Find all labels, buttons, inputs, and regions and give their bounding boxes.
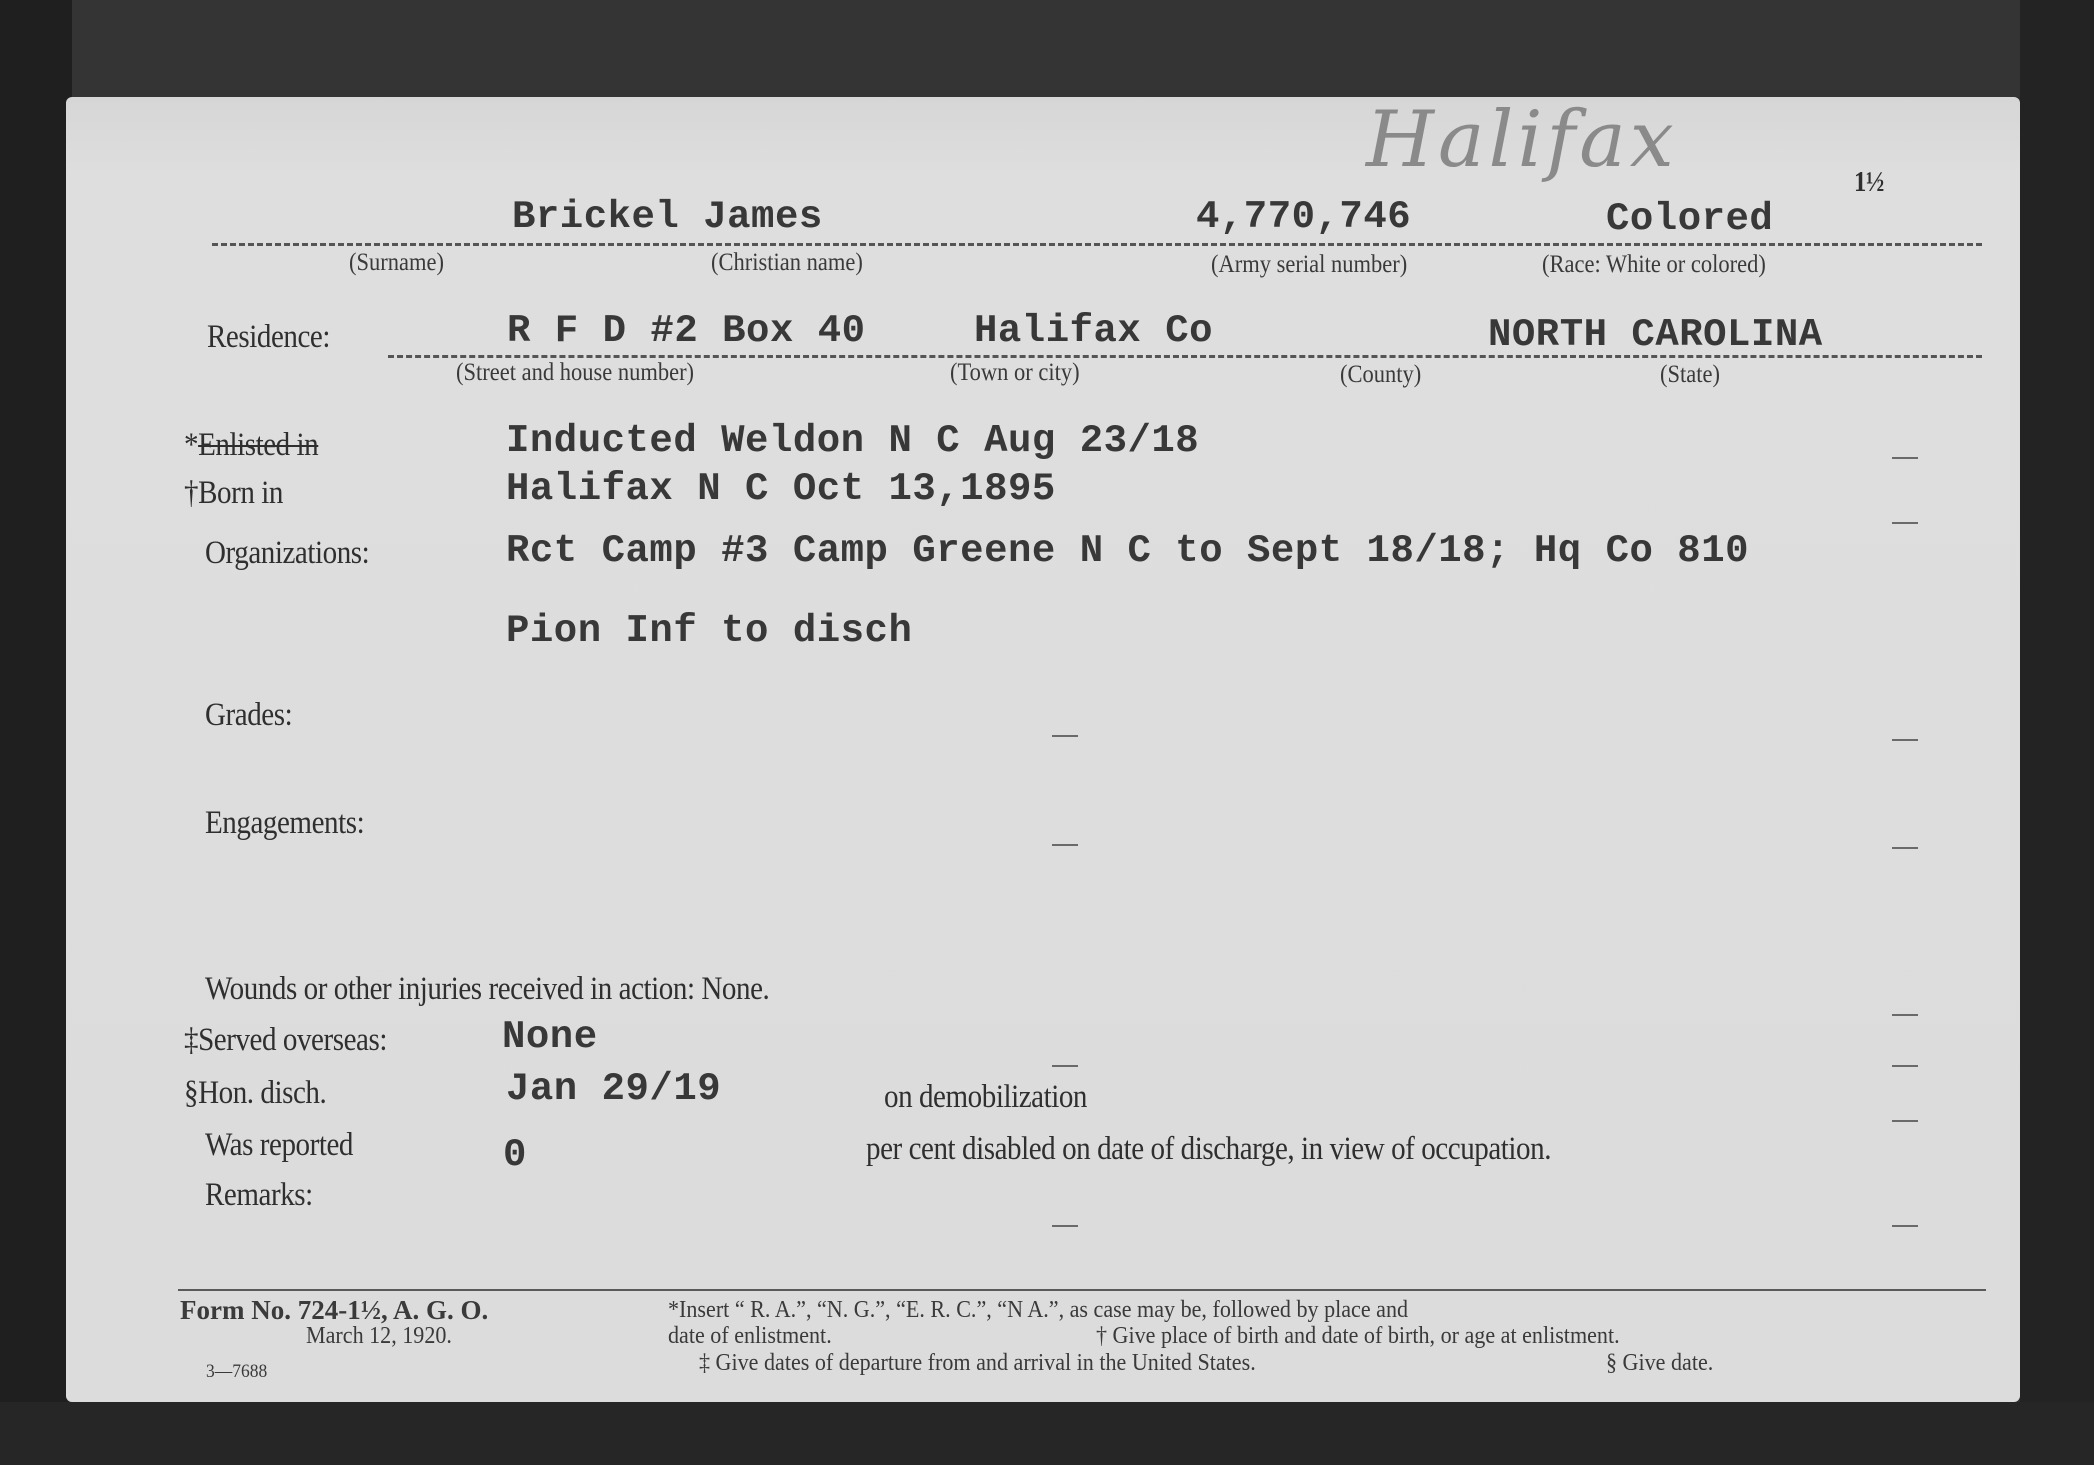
enlisted-label: Enlisted in [198, 427, 318, 463]
christian-name-caption: (Christian name) [711, 249, 863, 277]
margin-tick [1052, 735, 1078, 737]
footnote-date: § Give date. [1606, 1350, 1713, 1377]
race-caption: (Race: White or colored) [1542, 251, 1766, 279]
footnote-insert-line2: date of enlistment. [668, 1323, 832, 1350]
footer-rule [178, 1289, 1986, 1291]
engagements-label: Engagements: [205, 805, 364, 842]
footnote-birth: † Give place of birth and date of birth,… [1096, 1323, 1620, 1350]
handwritten-county: Halifax [1366, 95, 1678, 185]
footnote-overseas: ‡ Give dates of departure from and arriv… [699, 1350, 1256, 1377]
wounds-row: Wounds or other injuries received in act… [205, 971, 769, 1008]
residence-town: Halifax Co [974, 309, 1213, 353]
residence-street: R F D #2 Box 40 [507, 309, 866, 353]
form-date: March 12, 1920. [306, 1323, 452, 1350]
enlisted-marker: * [184, 427, 198, 463]
margin-tick [1892, 847, 1918, 849]
residence-label: Residence: [207, 319, 330, 356]
hon-disch-marker: § [184, 1075, 198, 1111]
margin-tick [1892, 1225, 1918, 1227]
born-value: Halifax N C Oct 13,1895 [506, 467, 1056, 511]
born-row-label: †Born in [184, 475, 283, 512]
served-overseas-label: Served overseas: [198, 1022, 387, 1058]
hon-disch-note: on demobilization [884, 1079, 1087, 1116]
served-overseas-row-label: ‡Served overseas: [184, 1022, 387, 1059]
wounds-label: Wounds or other injuries received in act… [205, 971, 695, 1007]
footnote-insert-line1: *Insert “ R. A.”, “N. G.”, “E. R. C.”, “… [668, 1297, 1408, 1324]
form-number: Form No. 724-1½, A. G. O. [180, 1295, 488, 1326]
card-fraction: 1½ [1854, 167, 1884, 199]
organizations-value-line1: Rct Camp #3 Camp Greene N C to Sept 18/1… [506, 529, 1749, 573]
county-caption: (County) [1340, 361, 1421, 389]
service-record-card: Halifax 1½ Brickel James 4,770,746 Color… [66, 97, 2020, 1402]
hon-disch-row-label: §Hon. disch. [184, 1075, 326, 1112]
residence-state: NORTH CAROLINA [1488, 313, 1823, 357]
disability-note: per cent disabled on date of discharge, … [866, 1131, 1551, 1168]
scanner-background-bottom [0, 1402, 2094, 1465]
margin-tick [1892, 1065, 1918, 1067]
disability-percent-value: 0 [503, 1133, 527, 1177]
margin-tick [1892, 1014, 1918, 1016]
serial-caption: (Army serial number) [1211, 251, 1407, 279]
born-marker: † [184, 475, 198, 511]
served-overseas-value: None [502, 1015, 598, 1059]
born-label: Born in [198, 475, 283, 511]
street-caption: (Street and house number) [456, 359, 694, 387]
state-caption: (State) [1660, 361, 1720, 389]
margin-tick [1892, 522, 1918, 524]
enlisted-row-label: *Enlisted in [184, 427, 318, 464]
residence-line-rule [388, 355, 1982, 358]
organizations-label: Organizations: [205, 535, 369, 572]
army-serial-number: 4,770,746 [1196, 195, 1411, 239]
margin-tick [1892, 1120, 1918, 1122]
scanner-background-top [72, 0, 2094, 97]
margin-tick [1052, 1225, 1078, 1227]
margin-tick [1052, 1065, 1078, 1067]
grades-label: Grades: [205, 697, 292, 734]
soldier-name: Brickel James [512, 195, 823, 239]
margin-tick [1052, 844, 1078, 846]
race-value: Colored [1606, 197, 1773, 241]
scanner-background-left [0, 0, 72, 1465]
hon-disch-label: Hon. disch. [198, 1075, 326, 1111]
was-reported-label: Was reported [205, 1127, 353, 1164]
wounds-value: None. [701, 971, 769, 1007]
name-line-rule [212, 243, 1982, 246]
margin-tick [1892, 457, 1918, 459]
surname-caption: (Surname) [349, 249, 444, 277]
enlisted-value: Inducted Weldon N C Aug 23/18 [506, 419, 1199, 463]
hon-disch-value: Jan 29/19 [506, 1067, 721, 1111]
remarks-label: Remarks: [205, 1177, 313, 1214]
margin-tick [1892, 739, 1918, 741]
town-caption: (Town or city) [950, 359, 1080, 387]
organizations-value-line2: Pion Inf to disch [506, 609, 912, 653]
served-overseas-marker: ‡ [184, 1022, 198, 1058]
print-code: 3—7688 [206, 1361, 267, 1383]
scanner-background-right [2020, 0, 2094, 1465]
